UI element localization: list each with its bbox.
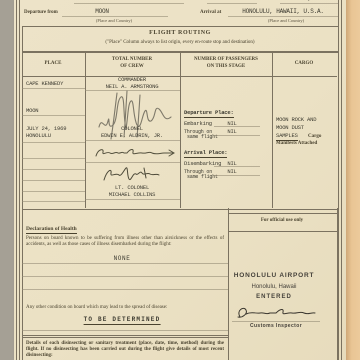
official-box-top — [228, 213, 337, 214]
health-illness-paragraph: Persons on board known to be suffering f… — [26, 236, 224, 248]
through-arrival-underline — [214, 175, 260, 176]
arrival-place-label: Arrival Place: — [184, 150, 227, 158]
date-underline — [280, 3, 338, 4]
place-rule-7 — [22, 191, 85, 192]
health-rule-2 — [22, 276, 228, 277]
place-rule-6 — [22, 180, 85, 181]
place-rule-3 — [22, 142, 85, 143]
date-value: JULY 24, 1969 — [286, 0, 326, 2]
place-row-honolulu: HONOLULU — [26, 133, 51, 139]
section-divider-1 — [22, 335, 228, 336]
registration-label: ationality and Registration — [25, 0, 82, 2]
crew-rule-4 — [85, 199, 180, 200]
health-title: Declaration of Health — [26, 226, 77, 234]
health-rule-3 — [22, 289, 228, 290]
departure-from-value: MOON — [95, 9, 109, 15]
crew-rule-3 — [85, 162, 180, 163]
embarking-underline — [214, 126, 260, 127]
disease-answer: TO BE DETERMINED — [84, 317, 161, 325]
cargo-line-2: MOON DUST — [276, 125, 304, 131]
entry-stamp-entered: ENTERED — [256, 294, 292, 300]
place-row-moon: MOON — [26, 108, 38, 114]
cargo-line-3-suffix: Cargo — [308, 134, 321, 140]
header-place: PLACE — [45, 61, 62, 67]
disease-label: Any other condition on board which may l… — [26, 305, 167, 311]
place-rule-8 — [22, 201, 85, 202]
entry-stamp-airport: HONOLULU AIRPORT — [234, 272, 314, 279]
table-header-underline — [22, 76, 337, 77]
arrival-at-label: Arrival at — [200, 10, 221, 16]
header-passengers-1: NUMBER OF PASSENGERS — [194, 57, 258, 63]
crew-name-collins: MICHAEL COLLINS — [109, 192, 156, 198]
flight-routing-title: FLIGHT ROUTING — [149, 30, 211, 36]
crew-name-aldrin: EDWIN E. ALDRIN, JR. — [101, 133, 163, 139]
place-rule-1 — [22, 88, 85, 89]
departure-sub-label: (Place and Country) — [96, 18, 132, 24]
disease-rule — [22, 330, 228, 331]
flight-routing-subtitle: ("Place" Column always to list origin, e… — [105, 40, 254, 46]
arrival-at-value: HONOLULU, HAWAII, U.S.A. — [242, 9, 324, 15]
cargo-line-1: MOON ROCK AND — [276, 117, 316, 123]
arrival-sub-label: (Place and Country) — [268, 18, 304, 24]
disembarking-underline — [214, 166, 260, 167]
disinsecting-paragraph: Details of each disinsecting or sanitary… — [26, 341, 224, 359]
date-label: Date — [266, 0, 276, 2]
underlying-page-edge — [346, 0, 360, 360]
health-illness-answer: NONE — [114, 256, 131, 262]
official-box-label: For official use only — [261, 218, 303, 224]
through-departure-underline — [214, 135, 260, 136]
page-border-left-inner — [19, 0, 20, 360]
page-border-left-outer — [16, 0, 17, 360]
form-paper: ationality and Registration U.S.A. No. A… — [14, 0, 346, 360]
header-cargo: CARGO — [295, 61, 314, 67]
cargo-line-4: Manifests Attached — [276, 141, 317, 147]
health-rule-1 — [22, 263, 228, 264]
place-row-cape-kennedy: CAPE KENNEDY — [26, 81, 63, 87]
aldrin-signature — [94, 145, 176, 161]
official-box-divider — [228, 231, 337, 232]
no-label: No. — [194, 0, 201, 2]
collins-signature — [100, 164, 162, 186]
no-underline — [207, 3, 257, 4]
registration-value: U.S.A. — [155, 0, 174, 2]
section-divider-2 — [22, 337, 228, 338]
header-crew-2: OF CREW — [120, 64, 144, 70]
lower-right-border — [337, 208, 338, 360]
cargo-line-3: SAMPLES — [276, 133, 298, 141]
header-crew-1: TOTAL NUMBER — [112, 57, 152, 63]
inspector-title: Customs Inspector — [250, 323, 302, 329]
place-rule-4 — [22, 158, 85, 159]
no-value: APOLLO 11 — [210, 0, 238, 2]
registration-underline — [74, 3, 184, 4]
place-rule-2 — [22, 115, 85, 116]
departure-place-label: Departure Place: — [184, 110, 234, 118]
departure-from-label: Departure from — [24, 10, 58, 16]
entry-stamp-city: Honolulu, Hawaii — [251, 284, 296, 290]
place-rule-5 — [22, 169, 85, 170]
inspector-signature-underline — [232, 321, 320, 322]
embarking-label: Embarking — [184, 121, 212, 127]
page-border-right-outer — [341, 0, 342, 360]
crew-rule-2 — [85, 140, 180, 141]
scanned-customs-form: ationality and Registration U.S.A. No. A… — [0, 0, 360, 360]
header-passengers-2: ON THIS STAGE — [207, 64, 245, 70]
flight-routing-box: FLIGHT ROUTING ("Place" Column always to… — [22, 26, 339, 52]
